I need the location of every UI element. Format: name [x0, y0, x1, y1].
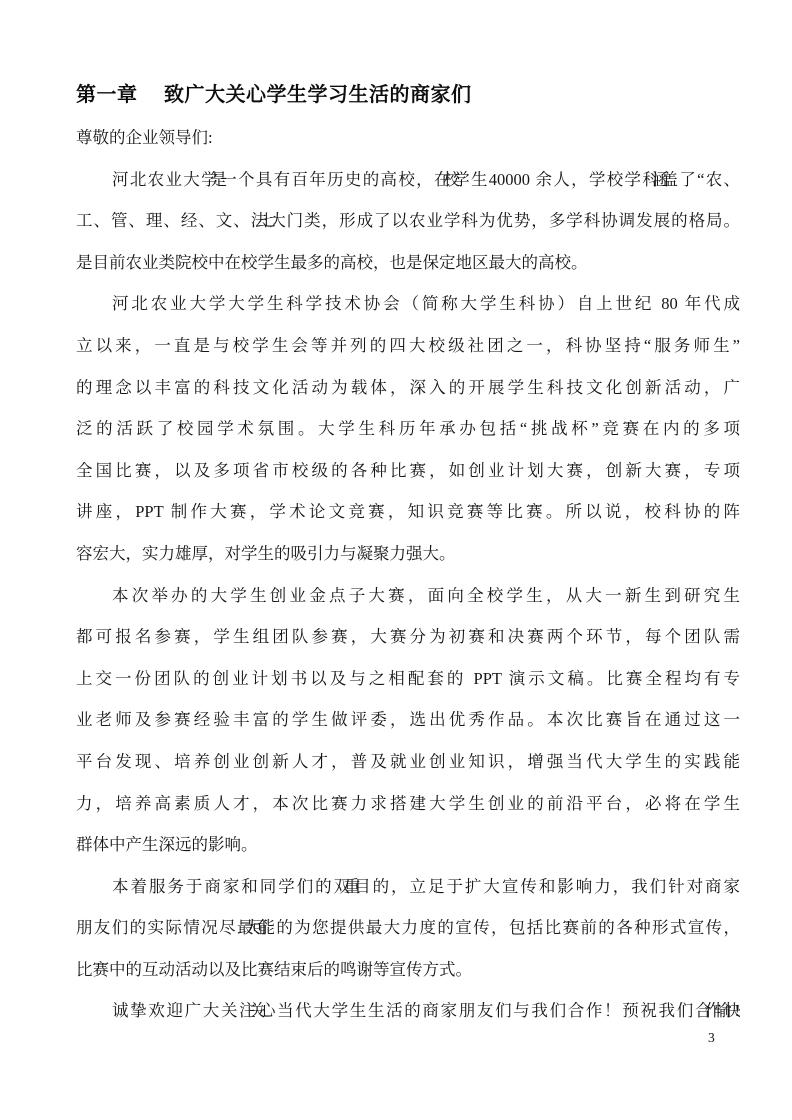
text-line: 是目前农业类院校中在校学生最多的高校，也是保定地区最大的高校。: [76, 242, 740, 284]
paragraph: 河北农业大学是一个具有百年历史的高校，在校学生40000 余人，学校学科涵盖了“…: [76, 159, 740, 284]
paragraph: 本着服务于商家和同学们的双重目的，立足于扩大宣传和影响力，我们针对商家朋友们的实…: [76, 866, 740, 991]
text-line: 群体中产生深远的影响。: [76, 824, 740, 866]
text-line: 平台发现、培养创业创新人才，普及就业创业知识，增强当代大学生的实践能: [76, 741, 740, 783]
text-line: 河北农业大学大学生科学技术协会（简称大学生科协）自上世纪 80 年代成: [76, 283, 740, 325]
overlapped-glyphs: 注关: [239, 1001, 259, 1020]
chapter-title: 第一章 致广大关心学生学习生活的商家们: [76, 82, 472, 108]
overlapped-glyphs: 科涵: [642, 170, 661, 189]
text-line: 立以来，一直是与校学生会等并列的四大校级社团之一，科协坚持“服务师生”: [76, 325, 740, 367]
paragraph: 河北农业大学大学生科学技术协会（简称大学生科协）自上世纪 80 年代成立以来，一…: [76, 283, 740, 574]
text-line: 泛的活跃了校园学术氛围。大学生科历年承办包括“挑战杯”竞赛在内的多项: [76, 408, 740, 450]
paragraphs-container: 河北农业大学是一个具有百年历史的高校，在校学生40000 余人，学校学科涵盖了“…: [76, 159, 740, 1032]
text-line: 的理念以丰富的科技文化活动为载体，深入的开展学生科技文化创新活动，广: [76, 367, 740, 409]
document-body: 尊敬的企业领导们: 河北农业大学是一个具有百年历史的高校，在校学生40000 余…: [76, 117, 740, 1032]
text-line: 力，培养高素质人才，本次比赛力求搭建大学生创业的前沿平台，必将在学生: [76, 783, 740, 825]
overlapped-glyphs: 在校: [434, 170, 453, 189]
paragraph: 本次举办的大学生创业金点子大赛，面向全校学生，从大一新生到研究生都可报名参赛，学…: [76, 575, 740, 866]
text-line: 业老师及参赛经验丰富的学生做评委，选出优秀作品。本次比赛旨在通过这一: [76, 699, 740, 741]
overlapped-glyphs: 双重: [334, 877, 354, 896]
paragraph: 诚挚欢迎广大关注关心当代大学生生活的商家朋友们与我们合作！预祝我们合作愉快!: [76, 990, 740, 1032]
text-line: 容宏大，实力雄厚，对学生的吸引力与凝聚力强大。: [76, 533, 740, 575]
salutation: 尊敬的企业领导们:: [76, 117, 740, 159]
text-line: 朋友们的实际情况尽最大可能的为您提供最大力度的宣传，包括比赛前的各种形式宣传，: [76, 907, 740, 949]
text-line: 上交一份团队的创业计划书以及与之相配套的 PPT 演示文稿。比赛全程均有专: [76, 658, 740, 700]
text-line: 都可报名参赛，学生组团队参赛，大赛分为初赛和决赛两个环节，每个团队需: [76, 616, 740, 658]
text-line: 全国比赛，以及多项省市校级的各种比赛，如创业计划大赛，创新大赛，专项: [76, 450, 740, 492]
overlapped-glyphs: 最大可: [237, 918, 258, 937]
text-line: 本次举办的大学生创业金点子大赛，面向全校学生，从大一新生到研究生: [76, 575, 740, 617]
document-page: 第一章 致广大关心学生学习生活的商家们 尊敬的企业领导们: 河北农业大学是一个具…: [0, 0, 792, 1120]
text-line: 工、管、理、经、文、法七大门类，形成了以农业学科为优势，多学科协调发展的格局。: [76, 200, 740, 242]
text-line: 河北农业大学是一个具有百年历史的高校，在校学生40000 余人，学校学科涵盖了“…: [76, 159, 740, 201]
text-line: 诚挚欢迎广大关注关心当代大学生生活的商家朋友们与我们合作！预祝我们合作愉快!: [76, 990, 740, 1032]
page-number: 3: [708, 1030, 715, 1046]
overlapped-glyphs: 法七: [251, 211, 269, 230]
overlapped-glyphs: 合作愉快: [695, 1001, 735, 1020]
overlapped-glyphs: 学是: [201, 170, 220, 189]
text-line: 讲座，PPT 制作大赛，学术论文竞赛，知识竞赛等比赛。所以说，校科协的阵: [76, 491, 740, 533]
text-line: 比赛中的互动活动以及比赛结束后的鸣谢等宣传方式。: [76, 949, 740, 991]
text-line: 本着服务于商家和同学们的双重目的，立足于扩大宣传和影响力，我们针对商家: [76, 866, 740, 908]
